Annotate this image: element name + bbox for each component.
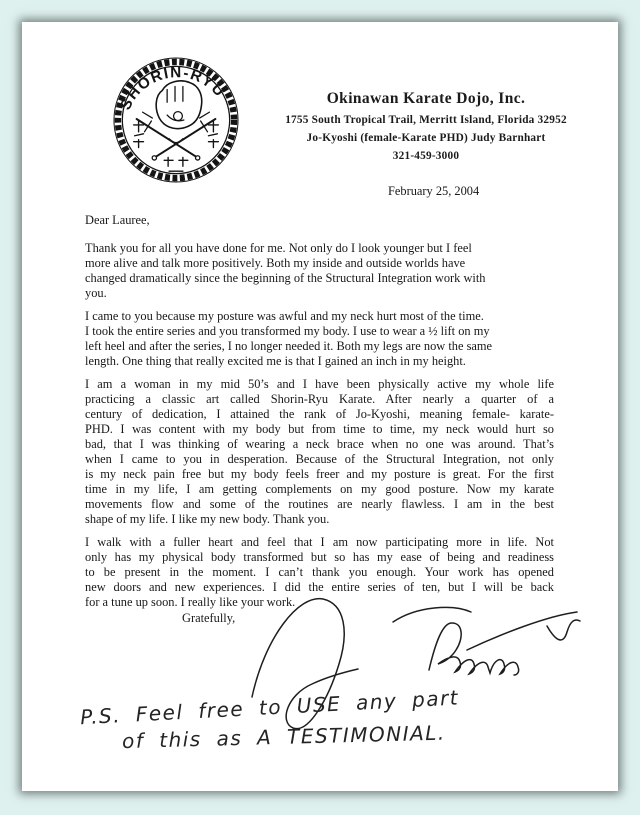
letter-line: length. One thing that really excited me…: [85, 354, 554, 369]
org-name: Okinawan Karate Dojo, Inc.: [251, 88, 601, 109]
shorin-ryu-logo: SHORIN-RYU: [112, 56, 240, 184]
letter-line: left heel and after the series, I no lon…: [85, 339, 554, 354]
letter-line: I took the entire series and you transfo…: [85, 324, 554, 339]
logo-arched-text: SHORIN-RYU: [112, 57, 229, 115]
letter-line: I came to you because my posture was awf…: [85, 309, 554, 324]
letterhead: Okinawan Karate Dojo, Inc. 1755 South Tr…: [251, 88, 601, 165]
paragraph: I came to you because my posture was awf…: [85, 309, 554, 369]
letter-line: Thank you for all you have done for me. …: [85, 241, 554, 256]
letter-line: movements flow and some of the routines …: [85, 497, 554, 512]
letter-line: only has my physical body transformed bu…: [85, 550, 554, 565]
letter-page: SHORIN-RYU: [22, 22, 618, 791]
paragraph: I am a woman in my mid 50’s and I have b…: [85, 377, 554, 527]
letter-line: century of dedication, I attained the ra…: [85, 407, 554, 422]
scanned-letter-screenshot: { "colors":{ "background":"#dff1ee", "pa…: [0, 0, 640, 815]
letter-line: shape of my life. I like my new body. Th…: [85, 512, 554, 527]
letter-line: when I came to you in desperation. Becau…: [85, 452, 554, 467]
letter-line: bad, that I was thinking of wearing a ne…: [85, 437, 554, 452]
letter-line: I am a woman in my mid 50’s and I have b…: [85, 377, 554, 392]
letter-line: more alive and talk more positively. Bot…: [85, 256, 554, 271]
letter-line: practicing a classic art called Shorin-R…: [85, 392, 554, 407]
paragraph: Thank you for all you have done for me. …: [85, 241, 554, 301]
letter-date: February 25, 2004: [388, 184, 479, 199]
letter-line: changed dramatically since the beginning…: [85, 271, 554, 286]
ps-note: P.S. Feel free to USE any partof this as…: [80, 694, 510, 748]
letter-line: I walk with a fuller heart and feel that…: [85, 535, 554, 550]
letter-body: Thank you for all you have done for me. …: [85, 241, 554, 618]
ps-line: of this as A TESTIMONIAL.: [122, 719, 510, 753]
letter-line: to be present in the moment. I can’t tha…: [85, 565, 554, 580]
org-address: 1755 South Tropical Trail, Merritt Islan…: [251, 111, 601, 129]
letter-line: you.: [85, 286, 554, 301]
org-contact: Jo-Kyoshi (female-Karate PHD) Judy Barnh…: [251, 129, 601, 147]
letter-line: time in my life, I am getting complement…: [85, 482, 554, 497]
letter-line: is my neck pain free but my body feels f…: [85, 467, 554, 482]
letter-line: PHD. I was content with my body but from…: [85, 422, 554, 437]
salutation: Dear Lauree,: [85, 213, 150, 228]
org-phone: 321-459-3000: [251, 147, 601, 165]
fist-icon: [156, 81, 202, 129]
